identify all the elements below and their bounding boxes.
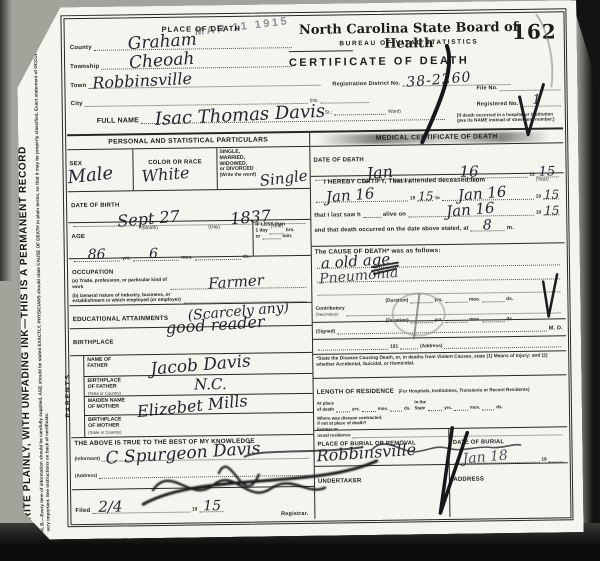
undertaker-cell: UNDERTAKER (315, 465, 451, 519)
filed-year-value: 15 (203, 499, 221, 513)
cause-of-death-block: The CAUSE OF DEATH* was as follows: a ol… (312, 243, 566, 323)
certificate-number: 162 (512, 19, 557, 44)
registration-district-value: 38-2260 (406, 70, 472, 89)
father-birthplace-value: N.C. (194, 377, 227, 392)
burial-date-cell: DATE OF BURIAL Jan 18 19 (450, 427, 568, 464)
registered-no-row: Registered No. 1 (477, 99, 563, 107)
length-of-residence-block: LENGTH OF RESIDENCE (For Hospitals, Inst… (314, 375, 568, 431)
if-less-cell: IF LESS than 1 dayhrs. ormin. (252, 220, 310, 256)
full-name-row: FULL NAME Isac Thomas Davis (97, 113, 447, 125)
burial-place-value: Robbinsville (316, 442, 416, 465)
sex-race-marital-row: SEX Male COLOR OR RACE White SINGLE, MAR… (67, 147, 310, 192)
marital-cell: SINGLE, MARRIED, WIDOWED, or DIVORCED (W… (217, 147, 310, 189)
date-of-death-row: DATE OF DEATH Jan 16 19 15 (Month) (Day) (310, 143, 563, 177)
certificate-form: PLACE OF DEATH North Carolina State Boar… (60, 8, 573, 527)
town-row: Town Robbinsville (70, 79, 322, 90)
last-saw-year: 15 (544, 204, 559, 216)
race-value: White (141, 165, 190, 185)
town-value: Robbinsville (92, 71, 192, 92)
occupation-value: Farmer (208, 273, 265, 292)
race-cell: COLOR OR RACE White (133, 148, 218, 190)
informant-block: THE ABOVE IS TRUE TO THE BEST OF MY KNOW… (71, 435, 314, 490)
medical-section: MEDICAL CERTIFICATE OF DEATH DATE OF DEA… (310, 129, 568, 518)
scanned-death-certificate: { "scan": { "stamp_text": "MAR 11 1915",… (0, 0, 600, 561)
filed-date-value: 2/4 (98, 500, 122, 515)
attended-from-value: Jan 16 (325, 186, 375, 205)
sex-value: Male (67, 165, 114, 188)
footnote-row: *State the Disease Causing Death, or, in… (313, 351, 566, 379)
death-time-value: 8 (483, 218, 492, 232)
certificate-paper: WRITE PLAINLY, WITH UNFADING INK—THIS IS… (16, 0, 583, 540)
education-row: EDUCATIONAL ATTAINMENTS (Scarcely any) g… (69, 303, 311, 329)
form-header: PLACE OF DEATH North Carolina State Boar… (65, 13, 563, 136)
burial-row: PLACE OF BURIAL OR REMOVAL Robbinsville … (314, 427, 567, 467)
undertaker-row: UNDERTAKER ADDRESS (315, 463, 569, 519)
hospital-note: [If death occurred in a hospital or inst… (457, 111, 561, 122)
parents-label: PARENTS (70, 356, 85, 437)
certificate-title: CERTIFICATE OF DEATH (266, 54, 492, 69)
burial-date-value: Jan 18 (463, 449, 509, 467)
registrar-label: Registrar. (281, 511, 308, 517)
margin-note: N. B.—Every item of information should b… (33, 24, 52, 532)
full-name-value: Isac Thomas Davis (155, 103, 326, 129)
sex-cell: SEX Male (67, 149, 134, 191)
board-title: North Carolina State Board of Health (292, 20, 526, 53)
date-of-birth-row: DATE OF BIRTH Sept 27 1837 (Month) (Day)… (68, 189, 310, 223)
burial-place-cell: PLACE OF BURIAL OR REMOVAL Robbinsville (314, 429, 450, 466)
certification-block: I HEREBY CERTIFY, That I attended deceas… (311, 173, 565, 247)
marital-value: Single (259, 168, 308, 189)
file-no-row: File No. (476, 83, 562, 91)
attended-to-year: 15 (544, 188, 559, 200)
margin-headline: WRITE PLAINLY, WITH UNFADING INK—THIS IS… (16, 32, 34, 530)
scanner-background-left (0, 0, 14, 281)
occupation-row: OCCUPATION (a) Trade, profession, or par… (69, 256, 312, 306)
filed-row: Filed 2/4 19 15 Registrar. (72, 487, 314, 522)
registered-no-value: 1 (532, 94, 540, 107)
personal-section: PERSONAL AND STATISTICAL PARTICULARS SEX… (67, 133, 315, 522)
mother-birthplace-row: BIRTHPLACE OF MOTHER (State or Country) (85, 413, 313, 437)
parents-block: PARENTS NAME OF FATHER Jacob Davis BIRTH… (70, 353, 313, 438)
undertaker-address-cell: ADDRESS (450, 463, 568, 517)
attended-from-year: 15 (418, 190, 433, 202)
age-row: AGE 86 yrs. 6 mos. ds. IF LESS th (68, 220, 311, 259)
